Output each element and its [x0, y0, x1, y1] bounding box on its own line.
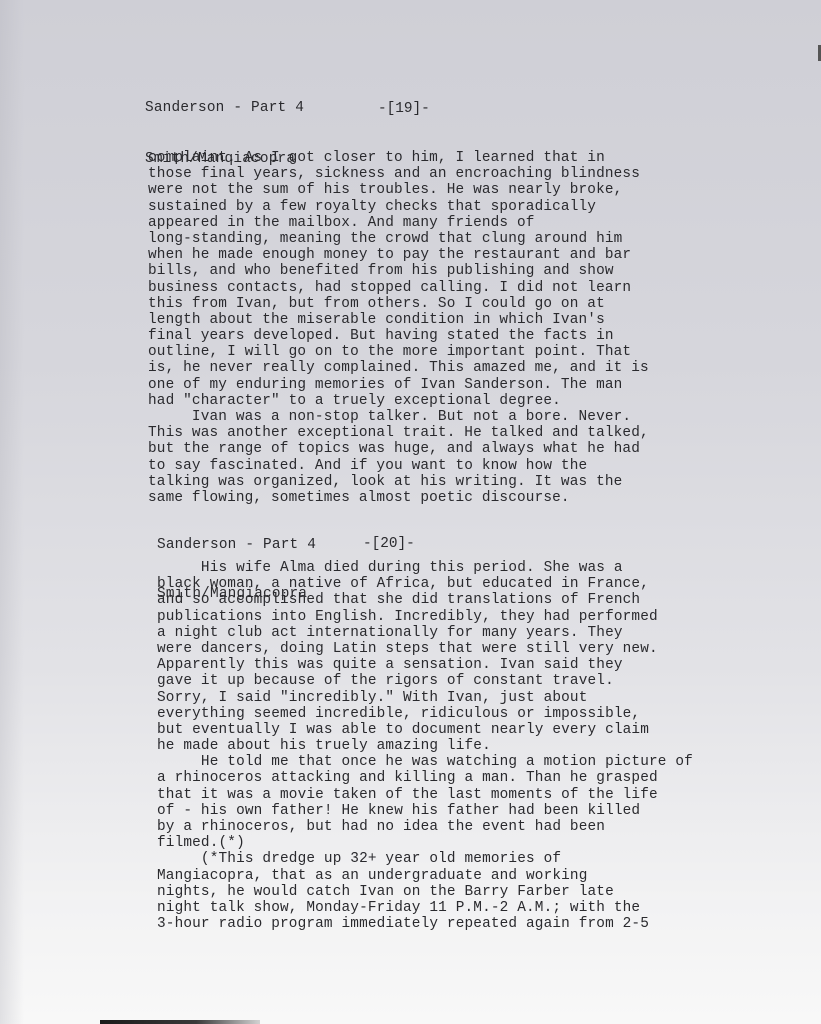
text-line: This was another exceptional trait. He t… [148, 425, 649, 441]
text-line: is, he never really complained. This ama… [148, 360, 649, 376]
text-line: but the range of topics was huge, and al… [148, 441, 649, 457]
text-line: black woman, a native of Africa, but edu… [157, 576, 693, 592]
text-line: by a rhinoceros, but had no idea the eve… [157, 819, 693, 835]
text-line: and so accomplished that she did transla… [157, 592, 693, 608]
text-line: same flowing, sometimes almost poetic di… [148, 490, 649, 506]
scanned-typewritten-page: Sanderson - Part 4 Smith/Manqiacopra -[1… [0, 0, 821, 1024]
text-line: he made about his truely amazing life. [157, 738, 693, 754]
text-line: Sorry, I said "incredibly." With Ivan, j… [157, 690, 693, 706]
text-line: nights, he would catch Ivan on the Barry… [157, 884, 693, 900]
scan-edge-shadow [0, 0, 24, 1024]
text-line: complaint. As I got closer to him, I lea… [148, 150, 649, 166]
body-text-page-19: complaint. As I got closer to him, I lea… [148, 150, 649, 506]
page-number-19: -[19]- [378, 101, 430, 118]
text-line: Mangiacopra, that as an undergraduate an… [157, 868, 693, 884]
text-line: to say fascinated. And if you want to kn… [148, 458, 649, 474]
text-line: 3-hour radio program immediately repeate… [157, 916, 693, 932]
text-line: bills, and who benefited from his publis… [148, 263, 649, 279]
text-line: of - his own father! He knew his father … [157, 803, 693, 819]
header-title: Sanderson - Part 4 [157, 537, 316, 553]
text-line: one of my enduring memories of Ivan Sand… [148, 377, 649, 393]
body-text-page-20: His wife Alma died during this period. S… [157, 560, 693, 932]
scan-bottom-edge [100, 1020, 260, 1024]
text-line: long-standing, meaning the crowd that cl… [148, 231, 649, 247]
text-line: but eventually I was able to document ne… [157, 722, 693, 738]
text-line: this from Ivan, but from others. So I co… [148, 296, 649, 312]
page-number-20: -[20]- [363, 536, 415, 553]
text-line: talking was organized, look at his writi… [148, 474, 649, 490]
text-line: a rhinoceros attacking and killing a man… [157, 770, 693, 786]
text-line: had "character" to a truely exceptional … [148, 393, 649, 409]
text-line: He told me that once he was watching a m… [157, 754, 693, 770]
text-line: a night club act internationally for man… [157, 625, 693, 641]
text-line: length about the miserable condition in … [148, 312, 649, 328]
text-line: that it was a movie taken of the last mo… [157, 787, 693, 803]
text-line: Ivan was a non-stop talker. But not a bo… [148, 409, 649, 425]
text-line: (*This dredge up 32+ year old memories o… [157, 851, 693, 867]
text-line: sustained by a few royalty checks that s… [148, 199, 649, 215]
header-title: Sanderson - Part 4 [145, 100, 304, 117]
text-line: gave it up because of the rigors of cons… [157, 673, 693, 689]
text-line: when he made enough money to pay the res… [148, 247, 649, 263]
text-line: night talk show, Monday-Friday 11 P.M.-2… [157, 900, 693, 916]
text-line: outline, I will go on to the more import… [148, 344, 649, 360]
text-line: those final years, sickness and an encro… [148, 166, 649, 182]
text-line: Apparently this was quite a sensation. I… [157, 657, 693, 673]
text-line: were dancers, doing Latin steps that wer… [157, 641, 693, 657]
text-line: everything seemed incredible, ridiculous… [157, 706, 693, 722]
text-line: His wife Alma died during this period. S… [157, 560, 693, 576]
text-line: final years developed. But having stated… [148, 328, 649, 344]
text-line: business contacts, had stopped calling. … [148, 280, 649, 296]
text-line: were not the sum of his troubles. He was… [148, 182, 649, 198]
text-line: filmed.(*) [157, 835, 693, 851]
text-line: appeared in the mailbox. And many friend… [148, 215, 649, 231]
text-line: publications into English. Incredibly, t… [157, 609, 693, 625]
